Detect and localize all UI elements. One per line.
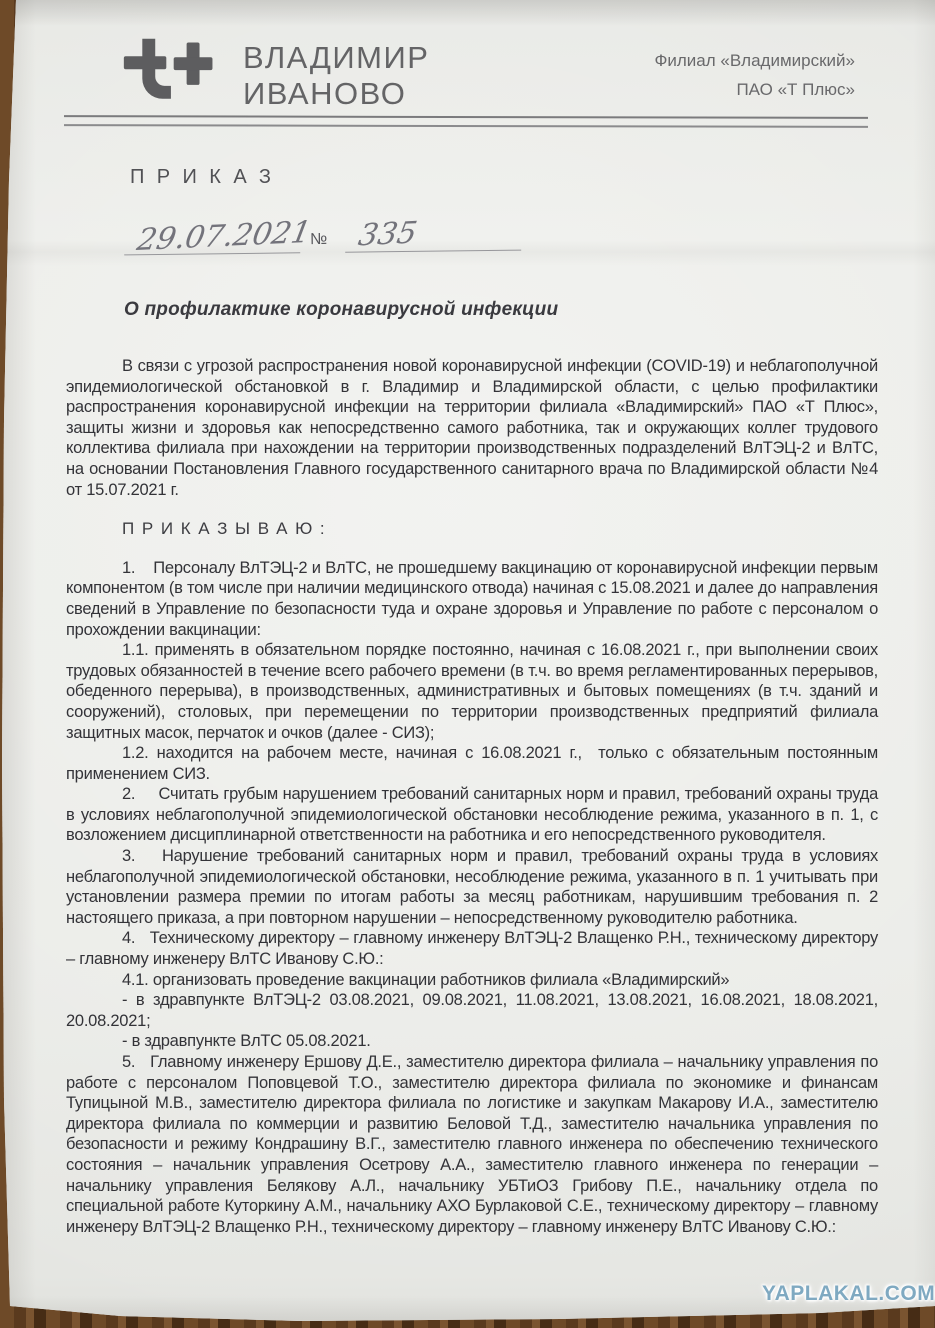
body-paragraph: 2. Считать грубым нарушением требований … [66, 784, 878, 846]
branch-name: Филиал «Владимирский» ПАО «Т Плюс» [654, 46, 855, 104]
branch-line1: Филиал «Владимирский» [654, 46, 855, 75]
branch-line2: ПАО «Т Плюс» [654, 75, 855, 104]
body-paragraph: В связи с угрозой распространения новой … [66, 356, 878, 500]
company-name: ВЛАДИМИР ИВАНОВО [243, 40, 429, 112]
company-name-line1: ВЛАДИМИР [243, 40, 429, 76]
watermark: YAPLAKAL.COM [762, 1282, 935, 1306]
order-date-field: 29.07.2021 [124, 218, 300, 255]
document-page: ВЛАДИМИР ИВАНОВО Филиал «Владимирский» П… [0, 0, 935, 1328]
body-paragraph: 5. Главному инженеру Ершову Д.Е., замест… [66, 1052, 878, 1237]
body-paragraph: 4.1. организовать проведение вакцинации … [66, 970, 878, 991]
body-paragraph: 3. Нарушение требований санитарных норм … [66, 846, 878, 928]
document-body: В связи с угрозой распространения новой … [66, 356, 878, 1237]
header-divider [64, 115, 868, 128]
tplus-logo-icon [122, 36, 218, 108]
body-paragraph: 1. Персоналу ВлТЭЦ-2 и ВлТС, не прошедше… [66, 558, 878, 640]
order-number-field: 335 [345, 216, 521, 253]
handwritten-date: 29.07.2021 [120, 215, 313, 259]
date-number-row: 29.07.2021 № 335 [124, 216, 522, 256]
handwritten-number: 335 [342, 216, 420, 254]
company-name-line2: ИВАНОВО [243, 76, 429, 112]
order-subject: О профилактике коронавирусной инфекции [124, 299, 558, 321]
body-paragraph: 1.2. находится на рабочем месте, начиная… [66, 743, 878, 784]
order-heading: ПРИКАЗ [130, 166, 283, 189]
body-paragraph: ПРИКАЗЫВАЮ: [122, 519, 878, 540]
body-paragraph: 1.1. применять в обязательном порядке по… [66, 640, 878, 743]
number-sign: № [310, 231, 327, 253]
body-paragraph: 4. Техническому директору – главному инж… [66, 928, 878, 969]
body-paragraph: - в здравпункте ВлТЭЦ-2 03.08.2021, 09.0… [66, 990, 878, 1031]
body-paragraph: - в здравпункте ВлТС 05.08.2021. [66, 1031, 878, 1052]
